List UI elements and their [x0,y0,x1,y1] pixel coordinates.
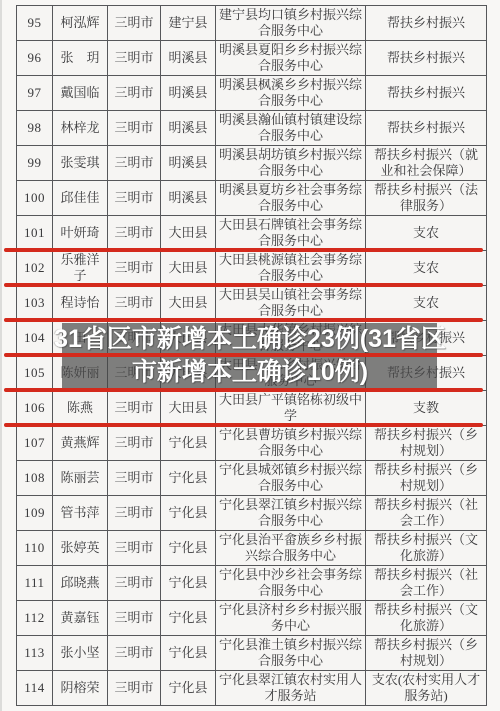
cell-name: 张小坚 [53,636,108,671]
cell-name: 林梓龙 [53,111,108,146]
cell-assignment: 支农 [366,286,487,321]
cell-county: 明溪县 [161,181,216,216]
cell-assignment: 帮扶乡村振兴（法律服务） [366,181,487,216]
cell-county: 明溪县 [161,41,216,76]
cell-name: 张 玥 [53,41,108,76]
cell-name: 管书萍 [53,496,108,531]
cell-name: 陈丽芸 [53,461,108,496]
caption-line-2: 市新增本土确诊10例) [132,356,368,389]
cell-county: 宁化县 [161,461,216,496]
cell-city: 三明市 [108,391,161,426]
cell-name: 阴榕荣 [53,671,108,706]
cell-assignment: 帮扶乡村振兴（就业和社会保障） [366,146,487,181]
cell-name: 张雯琪 [53,146,108,181]
cell-organization: 大田县石牌镇社会事务综合服务中心 [216,216,366,251]
cell-organization: 明溪县瀚仙镇村镇建设综合服务中心 [216,111,366,146]
cell-county: 大田县 [161,216,216,251]
table-row: 111邱晓燕三明市宁化县宁化县中沙乡社会事务综合服务中心帮扶乡村振兴（社会工作） [17,566,487,601]
cell-city: 三明市 [108,146,161,181]
cell-assignment: 帮扶乡村振兴（乡村规划） [366,461,487,496]
screenshot-root: 95柯泓辉三明市建宁县建宁县均口镇乡村振兴综合服务中心帮扶乡村振兴96张 玥三明… [0,0,500,711]
caption-line-1: 31省区市新增本土确诊23例(31省区 [54,323,446,356]
cell-number: 100 [17,181,53,216]
cell-city: 三明市 [108,671,161,706]
cell-city: 三明市 [108,461,161,496]
cell-city: 三明市 [108,286,161,321]
table-row: 107黄燕辉三明市宁化县宁化县曹坊镇乡村振兴综合服务中心帮扶乡村振兴（乡村规划） [17,426,487,461]
cell-city: 三明市 [108,41,161,76]
table-row: 103程诗怡三明市大田县大田县吴山镇社会事务综合服务中心支农 [17,286,487,321]
cell-number: 97 [17,76,53,111]
cell-city: 三明市 [108,601,161,636]
cell-assignment: 帮扶乡村振兴（社会工作） [366,496,487,531]
cell-name: 邱晓燕 [53,566,108,601]
table-row: 96张 玥三明市明溪县明溪县夏阳乡乡村振兴综合服务中心帮扶乡村振兴 [17,41,487,76]
cell-name: 戴国临 [53,76,108,111]
cell-organization: 宁化县淮土镇乡村振兴综合服务中心 [216,636,366,671]
cell-number: 96 [17,41,53,76]
cell-city: 三明市 [108,636,161,671]
cell-city: 三明市 [108,6,161,41]
cell-assignment: 帮扶乡村振兴（乡村规划） [366,636,487,671]
cell-organization: 宁化县翠江镇农村实用人才服务站 [216,671,366,706]
cell-city: 三明市 [108,496,161,531]
cell-county: 宁化县 [161,636,216,671]
cell-assignment: 帮扶乡村振兴 [366,41,487,76]
cell-number: 101 [17,216,53,251]
cell-number: 108 [17,461,53,496]
cell-number: 114 [17,671,53,706]
cell-assignment: 帮扶乡村振兴 [366,6,487,41]
cell-number: 110 [17,531,53,566]
cell-assignment: 帮扶乡村振兴（文化旅游） [366,601,487,636]
highlight-underline [4,423,483,427]
cell-county: 明溪县 [161,76,216,111]
cell-name: 邱佳佳 [53,181,108,216]
cell-number: 107 [17,426,53,461]
table-row: 114阴榕荣三明市宁化县宁化县翠江镇农村实用人才服务站支农(农村实用人才服务站) [17,671,487,706]
cell-organization: 建宁县均口镇乡村振兴综合服务中心 [216,6,366,41]
highlight-underline [4,248,483,252]
table-row: 112黄嘉钰三明市宁化县宁化县济村乡乡村振兴服务中心帮扶乡村振兴（文化旅游） [17,601,487,636]
cell-county: 宁化县 [161,671,216,706]
cell-number: 98 [17,111,53,146]
cell-city: 三明市 [108,76,161,111]
cell-city: 三明市 [108,566,161,601]
cell-name: 陈燕 [53,391,108,426]
cell-organization: 明溪县夏阳乡乡村振兴综合服务中心 [216,41,366,76]
cell-county: 明溪县 [161,146,216,181]
cell-organization: 宁化县治平畲族乡乡村振兴综合服务中心 [216,531,366,566]
cell-county: 宁化县 [161,426,216,461]
table-row: 102乐雅洋子三明市大田县大田县桃源镇社会事务综合服务中心支农 [17,251,487,286]
cell-name: 黄嘉钰 [53,601,108,636]
cell-name: 叶妍琦 [53,216,108,251]
cell-name: 程诗怡 [53,286,108,321]
cell-organization: 大田县广平镇铭栋初级中学 [216,391,366,426]
cell-county: 明溪县 [161,111,216,146]
cell-organization: 明溪县夏坊乡社会事务综合服务中心 [216,181,366,216]
cell-number: 106 [17,391,53,426]
cell-county: 宁化县 [161,566,216,601]
table-row: 97戴国临三明市明溪县明溪县枫溪乡乡村振兴综合服务中心帮扶乡村振兴 [17,76,487,111]
cell-organization: 宁化县济村乡乡村振兴服务中心 [216,601,366,636]
cell-number: 99 [17,146,53,181]
table-row: 101叶妍琦三明市大田县大田县石牌镇社会事务综合服务中心支农 [17,216,487,251]
table-row: 99张雯琪三明市明溪县明溪县胡坊镇乡村振兴综合服务中心帮扶乡村振兴（就业和社会保… [17,146,487,181]
cell-number: 112 [17,601,53,636]
cell-assignment: 帮扶乡村振兴（社会工作） [366,566,487,601]
cell-assignment: 支农 [366,251,487,286]
cell-organization: 宁化县翠江镇乡村振兴综合服务中心 [216,496,366,531]
cell-assignment: 帮扶乡村振兴（文化旅游） [366,531,487,566]
cell-name: 黄燕辉 [53,426,108,461]
cell-assignment: 帮扶乡村振兴（乡村规划） [366,426,487,461]
cell-assignment: 帮扶乡村振兴 [366,111,487,146]
cell-city: 三明市 [108,251,161,286]
cell-number: 103 [17,286,53,321]
cell-organization: 大田县桃源镇社会事务综合服务中心 [216,251,366,286]
cell-assignment: 支农 [366,216,487,251]
cell-organization: 明溪县胡坊镇乡村振兴综合服务中心 [216,146,366,181]
cell-number: 113 [17,636,53,671]
cell-name: 柯泓辉 [53,6,108,41]
cell-city: 三明市 [108,426,161,461]
cell-county: 大田县 [161,391,216,426]
cell-number: 95 [17,6,53,41]
cell-organization: 大田县吴山镇社会事务综合服务中心 [216,286,366,321]
table-row: 95柯泓辉三明市建宁县建宁县均口镇乡村振兴综合服务中心帮扶乡村振兴 [17,6,487,41]
table-row: 108陈丽芸三明市宁化县宁化县城郊镇乡村振兴综合服务中心帮扶乡村振兴（乡村规划） [17,461,487,496]
cell-assignment: 支农(农村实用人才服务站) [366,671,487,706]
cell-number: 102 [17,251,53,286]
table-row: 113张小坚三明市宁化县宁化县淮土镇乡村振兴综合服务中心帮扶乡村振兴（乡村规划） [17,636,487,671]
cell-organization: 宁化县城郊镇乡村振兴综合服务中心 [216,461,366,496]
cell-name: 乐雅洋子 [53,251,108,286]
table-row: 109管书萍三明市宁化县宁化县翠江镇乡村振兴综合服务中心帮扶乡村振兴（社会工作） [17,496,487,531]
cell-number: 109 [17,496,53,531]
cell-city: 三明市 [108,111,161,146]
cell-county: 宁化县 [161,531,216,566]
cell-assignment: 帮扶乡村振兴 [366,76,487,111]
cell-name: 张婷英 [53,531,108,566]
cell-organization: 宁化县曹坊镇乡村振兴综合服务中心 [216,426,366,461]
cell-county: 大田县 [161,251,216,286]
table-row: 100邱佳佳三明市明溪县明溪县夏坊乡社会事务综合服务中心帮扶乡村振兴（法律服务） [17,181,487,216]
cell-number: 111 [17,566,53,601]
cell-organization: 明溪县枫溪乡乡村振兴综合服务中心 [216,76,366,111]
cell-city: 三明市 [108,531,161,566]
cell-county: 建宁县 [161,6,216,41]
cell-city: 三明市 [108,181,161,216]
cell-organization: 宁化县中沙乡社会事务综合服务中心 [216,566,366,601]
table-row: 106陈燕三明市大田县大田县广平镇铭栋初级中学支教 [17,391,487,426]
cell-city: 三明市 [108,216,161,251]
caption-overlay-text: 31省区市新增本土确诊23例(31省区 市新增本土确诊10例) [30,321,470,391]
cell-county: 大田县 [161,286,216,321]
highlight-underline [4,283,483,287]
cell-county: 宁化县 [161,496,216,531]
table-row: 110张婷英三明市宁化县宁化县治平畲族乡乡村振兴综合服务中心帮扶乡村振兴（文化旅… [17,531,487,566]
cell-county: 宁化县 [161,601,216,636]
table-row: 98林梓龙三明市明溪县明溪县瀚仙镇村镇建设综合服务中心帮扶乡村振兴 [17,111,487,146]
cell-assignment: 支教 [366,391,487,426]
